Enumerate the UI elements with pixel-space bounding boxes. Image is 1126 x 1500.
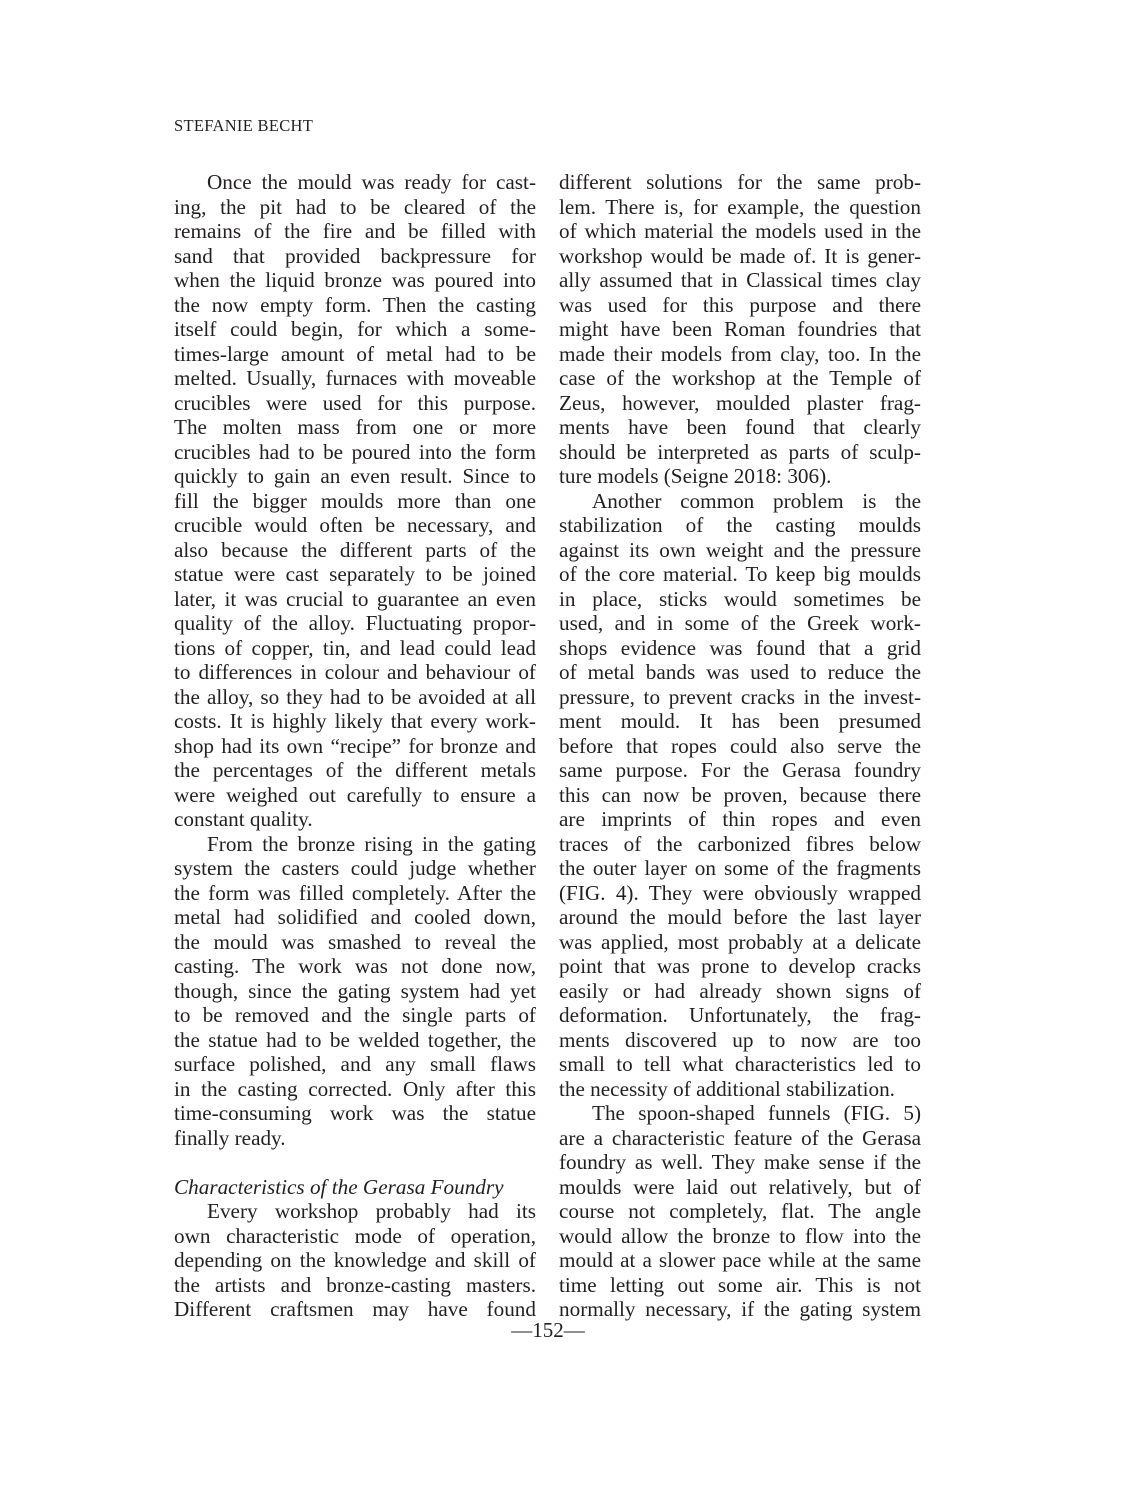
spacer	[174, 1150, 536, 1175]
text-line: ture models (Seigne 2018: 306).	[559, 464, 921, 489]
text-line: easily or had already shown signs of	[559, 979, 921, 1004]
text-line: of metal bands was used to reduce the	[559, 660, 921, 685]
text-line: casting. The work was not done now,	[174, 954, 536, 979]
text-line: fill the bigger moulds more than one	[174, 489, 536, 514]
text-line: in place, sticks would sometimes be	[559, 587, 921, 612]
text-line: same purpose. For the Gerasa foundry	[559, 758, 921, 783]
text-line: before that ropes could also serve the	[559, 734, 921, 759]
text-line: melted. Usually, furnaces with moveable	[174, 366, 536, 391]
text-line: tions of copper, tin, and lead could lea…	[174, 636, 536, 661]
text-line: crucible would often be necessary, and	[174, 513, 536, 538]
text-line: to differences in colour and behaviour o…	[174, 660, 536, 685]
text-line: costs. It is highly likely that every wo…	[174, 709, 536, 734]
left-column: Once the mould was ready for cast-ing, t…	[174, 170, 536, 1322]
text-line: of the core material. To keep big moulds	[559, 562, 921, 587]
text-line: workshop would be made of. It is gener-	[559, 244, 921, 269]
text-line: lem. There is, for example, the question	[559, 195, 921, 220]
text-line: the outer layer on some of the fragments	[559, 856, 921, 881]
text-line: case of the workshop at the Temple of	[559, 366, 921, 391]
text-line: course not completely, flat. The angle	[559, 1199, 921, 1224]
text-line: remains of the fire and be filled with	[174, 219, 536, 244]
text-line: The spoon-shaped funnels (FIG. 5)	[559, 1101, 921, 1126]
text-line: the form was filled completely. After th…	[174, 881, 536, 906]
text-line: surface polished, and any small flaws	[174, 1052, 536, 1077]
text-line: foundry as well. They make sense if the	[559, 1150, 921, 1175]
text-line: around the mould before the last layer	[559, 905, 921, 930]
text-line: The molten mass from one or more	[174, 415, 536, 440]
text-line: this can now be proven, because there	[559, 783, 921, 808]
text-line: moulds were laid out relatively, but of	[559, 1175, 921, 1200]
text-line: crucibles were used for this purpose.	[174, 391, 536, 416]
text-line: shop had its own “recipe” for bronze and	[174, 734, 536, 759]
text-line: later, it was crucial to guarantee an ev…	[174, 587, 536, 612]
text-line: when the liquid bronze was poured into	[174, 268, 536, 293]
text-line: the alloy, so they had to be avoided at …	[174, 685, 536, 710]
text-line: depending on the knowledge and skill of	[174, 1248, 536, 1273]
text-line: (FIG. 4). They were obviously wrapped	[559, 881, 921, 906]
text-line: to be removed and the single parts of	[174, 1003, 536, 1028]
text-line: statue were cast separately to be joined	[174, 562, 536, 587]
text-line: should be interpreted as parts of sculp-	[559, 440, 921, 465]
text-line: mould at a slower pace while at the same	[559, 1248, 921, 1273]
text-line: pressure, to prevent cracks in the inves…	[559, 685, 921, 710]
text-line: of which material the models used in the	[559, 219, 921, 244]
text-line: From the bronze rising in the gating	[174, 832, 536, 857]
text-line: itself could begin, for which a some-	[174, 317, 536, 342]
text-line: are imprints of thin ropes and even	[559, 807, 921, 832]
text-line: were weighed out carefully to ensure a	[174, 783, 536, 808]
text-line: though, since the gating system had yet	[174, 979, 536, 1004]
text-line: stabilization of the casting moulds	[559, 513, 921, 538]
text-line: point that was prone to develop cracks	[559, 954, 921, 979]
paragraph: different solutions for the same prob-le…	[559, 170, 921, 489]
text-line: small to tell what characteristics led t…	[559, 1052, 921, 1077]
text-line: ment mould. It has been presumed	[559, 709, 921, 734]
text-line: the artists and bronze-casting masters.	[174, 1273, 536, 1298]
text-line: the statue had to be welded together, th…	[174, 1028, 536, 1053]
running-head-author: STEFANIE BECHT	[174, 116, 313, 136]
text-line: time letting out some air. This is not	[559, 1273, 921, 1298]
text-line: was applied, most probably at a delicate	[559, 930, 921, 955]
text-line: crucibles had to be poured into the form	[174, 440, 536, 465]
text-line: own characteristic mode of operation,	[174, 1224, 536, 1249]
text-line: sand that provided backpressure for	[174, 244, 536, 269]
page-number: —152—	[0, 1318, 1096, 1343]
text-line: are a characteristic feature of the Gera…	[559, 1126, 921, 1151]
text-line: Every workshop probably had its	[174, 1199, 536, 1224]
text-line: system the casters could judge whether	[174, 856, 536, 881]
text-line: the now empty form. Then the casting	[174, 293, 536, 318]
text-line: ing, the pit had to be cleared of the	[174, 195, 536, 220]
text-line: ments discovered up to now are too	[559, 1028, 921, 1053]
text-line: made their models from clay, too. In the	[559, 342, 921, 367]
text-line: in the casting corrected. Only after thi…	[174, 1077, 536, 1102]
right-column: different solutions for the same prob-le…	[559, 170, 921, 1322]
text-line: Another common problem is the	[559, 489, 921, 514]
text-line: Once the mould was ready for cast-	[174, 170, 536, 195]
text-line: the necessity of additional stabilizatio…	[559, 1077, 921, 1102]
text-line: ally assumed that in Classical times cla…	[559, 268, 921, 293]
text-line: metal had solidified and cooled down,	[174, 905, 536, 930]
text-line: also because the different parts of the	[174, 538, 536, 563]
paragraph: Another common problem is thestabilizati…	[559, 489, 921, 1102]
text-line: might have been Roman foundries that	[559, 317, 921, 342]
text-line: deformation. Unfortunately, the frag-	[559, 1003, 921, 1028]
text-line: times-large amount of metal had to be	[174, 342, 536, 367]
text-line: ments have been found that clearly	[559, 415, 921, 440]
text-line: quality of the alloy. Fluctuating propor…	[174, 611, 536, 636]
text-line: Zeus, however, moulded plaster frag-	[559, 391, 921, 416]
paragraph: The spoon-shaped funnels (FIG. 5)are a c…	[559, 1101, 921, 1322]
text-line: the mould was smashed to reveal the	[174, 930, 536, 955]
text-line: different solutions for the same prob-	[559, 170, 921, 195]
paragraph: Every workshop probably had itsown chara…	[174, 1199, 536, 1322]
text-line: was used for this purpose and there	[559, 293, 921, 318]
text-line: traces of the carbonized fibres below	[559, 832, 921, 857]
text-line: quickly to gain an even result. Since to	[174, 464, 536, 489]
text-line: constant quality.	[174, 807, 536, 832]
text-line: the percentages of the different metals	[174, 758, 536, 783]
text-line: finally ready.	[174, 1126, 536, 1151]
paragraph: Once the mould was ready for cast-ing, t…	[174, 170, 536, 832]
paragraph: From the bronze rising in the gatingsyst…	[174, 832, 536, 1151]
text-line: shops evidence was found that a grid	[559, 636, 921, 661]
text-line: time-consuming work was the statue	[174, 1101, 536, 1126]
section-heading: Characteristics of the Gerasa Foundry	[174, 1175, 536, 1200]
text-line: used, and in some of the Greek work-	[559, 611, 921, 636]
text-line: against its own weight and the pressure	[559, 538, 921, 563]
text-line: would allow the bronze to flow into the	[559, 1224, 921, 1249]
